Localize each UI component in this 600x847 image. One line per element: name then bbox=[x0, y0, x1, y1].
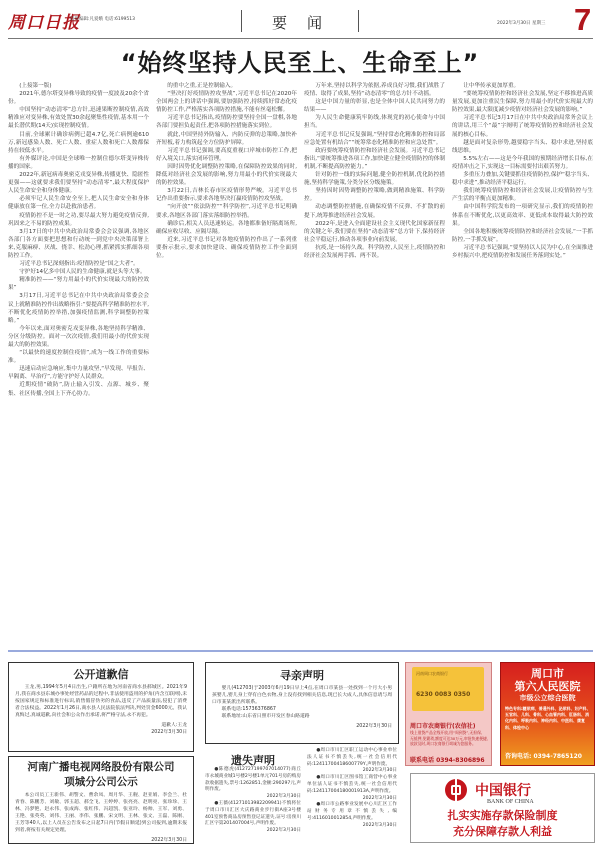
seeking-family-date: 2022年3月30日 bbox=[206, 723, 398, 730]
apology-signature: 道歉人:王龙 bbox=[9, 722, 193, 729]
lost-notice-column-1: ●陈德虎(412727199707014077)商丘市永城商业城1号楼2号楼1单… bbox=[205, 767, 301, 835]
issue-date: 2022年3月30日 星期三 bbox=[497, 20, 545, 26]
article-paragraph: 目前,全球累计确诊病例已超4.7亿,死亡病例逾610万,新冠感染人数、死亡人数、… bbox=[8, 131, 149, 155]
phone-label: 联系电话 bbox=[410, 757, 434, 764]
bank-of-china-ad: 中国银行 BANK OF CHINA 扎实实施存款保险制度 充分保障存款人利益 bbox=[410, 773, 595, 843]
phone-number: 0394-8306896 bbox=[436, 757, 484, 764]
article-headline: “始终坚持人民至上、生命至上” bbox=[0, 43, 600, 78]
phone-label: 咨询电话: bbox=[505, 753, 531, 760]
lost-notice-item: ●周口市川汇区图书馆工商营中心事业单位法人证书不慎丢失,统一社会信用代码:124… bbox=[307, 775, 397, 795]
company-date: 2022年3月30日 bbox=[9, 837, 193, 844]
seeking-family-title: 寻亲声明 bbox=[206, 667, 398, 683]
article-paragraph: 的重中之重,正是控制输入。 bbox=[156, 82, 297, 90]
article-paragraph: 习近平总书记反复强调,“坚持常态化精准防控和局部应急处置有机结合”“统筹常态化精… bbox=[304, 131, 445, 147]
phone-number: 0394-7865120 bbox=[534, 753, 582, 760]
company-title-line1: 河南广播电视网络股份有限公司 bbox=[9, 759, 193, 774]
hospital-type: 市级公立综合医院 bbox=[501, 693, 594, 703]
masthead: 周口日报 值班编辑:凡爱娥 电话:6199513 要 闻 2022年3月30日 … bbox=[0, 0, 600, 38]
article-paragraph: 3月22日,吉林长春市区疫情形势严峻。习近平总书记作出重要指示,要求各地坚决打赢… bbox=[156, 187, 297, 203]
bank-name-chinese: 中国银行 bbox=[475, 780, 531, 800]
lost-notice-item: ●周口市川汇区职工运动中心事业单位法人证书不慎丢失,统一社会信用代码:12411… bbox=[307, 748, 397, 768]
section-char-1: 要 bbox=[272, 12, 287, 33]
seeking-family-notice: 寻亲声明 婴儿(412703)于2003年6月19日早上4点,在周口市某县一处找… bbox=[205, 662, 399, 744]
hospital-phone: 咨询电话: 0394-7865120 bbox=[505, 751, 582, 760]
hospital-name: 第六人民医院 bbox=[501, 678, 594, 694]
article-paragraph: 多重压力叠加,关键要抓住疫情防控,保护“稳字当头、稳中求进”,推动经济平稳运行。 bbox=[452, 171, 593, 187]
company-title-line2: 项城分公司公示 bbox=[9, 774, 193, 789]
article-column-2: 的重中之重,正是控制输入。“坚决打好疫情防控攻坚战”,习近平总书记在2020年全… bbox=[156, 82, 297, 637]
rural-bank-ad: 河南周口农商银行 6230 0083 0350 周口市农商银行(农信社) 线上借… bbox=[405, 662, 492, 766]
article-paragraph: 习近平总书记强调,“要坚持以人民为中心,在全面推进乡村振兴中,把疫情防控和发展任… bbox=[452, 244, 593, 260]
article-paragraph: 我们统筹疫情防控和经济社会发展,让疫情防控与生产生活的平衡点更加精准。 bbox=[452, 187, 593, 203]
article-paragraph: 2022年,新冠病毒奥密克戎变异株,传播更快、隐匿性更强——这就要求我们要坚持“… bbox=[8, 171, 149, 195]
article-column-3: 万年来,坚持以科学为依据,养成良好习惯,我们战胜了疫情、取得了成果,坚持“动态清… bbox=[304, 82, 445, 637]
article-paragraph: 5.5%左右——这是今年我国的预期经济增长目标,在疫情冲击之下,实现这一目标需要… bbox=[452, 155, 593, 171]
article-paragraph: 让中华传承更加厚重。 bbox=[452, 82, 593, 90]
lost-notice-title: 遗失声明 bbox=[205, 752, 301, 768]
apology-notice: 公开道歉信 王龙,男,1994年5月4日出生,户籍所在地为河南省商水县郝城区。2… bbox=[8, 662, 194, 752]
contact-address: 联系地址:山东省日照市开发区春山路道路 bbox=[206, 713, 398, 720]
article-paragraph: “向开放”“依法防控”“科学防控”,习近平总书记明确要求,各地区各部门落实落细防… bbox=[156, 203, 297, 219]
article-paragraph: (上接第一版) bbox=[8, 82, 149, 90]
article-paragraph: 万年来,坚持以科学为依据,养成良好习惯,我们战胜了疫情、取得了成果,坚持“动态清… bbox=[304, 82, 445, 98]
bank-slogan-2: 充分保障存款人利益 bbox=[411, 823, 594, 839]
rural-bank-phone: 联系电话 0394-8306896 bbox=[410, 755, 485, 764]
lost-notice-date: 2022年3月30日 bbox=[307, 823, 397, 830]
bank-of-china-logo-icon bbox=[445, 779, 467, 801]
rural-bank-name: 周口市农商银行(农信社) bbox=[410, 721, 476, 730]
lost-notice-date: 2022年3月30日 bbox=[205, 794, 301, 801]
editor-info: 值班编辑:凡爱娥 电话:6199513 bbox=[70, 16, 135, 22]
lost-notice-item: ●陈德虎(412727199707014077)商丘市永城商业城1号楼2号楼1单… bbox=[205, 767, 301, 794]
masthead-divider bbox=[241, 10, 242, 32]
article-paragraph: 就此,中国坚持外防输入、内防反弹的总策略,加快补齐短板,着力构筑起全方位防护屏障… bbox=[156, 131, 297, 147]
lost-notice-date: 2022年3月30日 bbox=[205, 828, 301, 835]
article-paragraph: 2022年,是进入全面建设社会主义现代化国家新征程的关键之年,我们要在坚持“动态… bbox=[304, 220, 445, 244]
article-paragraph: 坚持因时因势调整防控策略,做到精准施策、科学防控。 bbox=[304, 187, 445, 203]
article-paragraph: 精准防控——“努力用最小的代价实现最大的防控效果” bbox=[8, 276, 149, 292]
card-number: 6230 0083 0350 bbox=[416, 691, 470, 698]
article-paragraph: 3月17日的中共中央政治局常委会会议强调,各地区各部门各方面要把思想和行动统一到… bbox=[8, 228, 149, 260]
article-paragraph: 中国坚持“动态清零”总方针,迅速果断控制疫情,高效精准应对变异株,有效处置30余… bbox=[8, 106, 149, 130]
apology-body: 王龙,男,1994年5月4日出生,户籍所在地为河南省商水县郝城区。2021年9月… bbox=[9, 684, 193, 719]
article-column-1: (上接第一版)2021年,德尔塔变异株导致的疫情一度波及20余个省份。中国坚持“… bbox=[8, 82, 149, 637]
article-paragraph: 政府要统筹疫情防控和经济社会发展。习近平总书记指出,“要统筹推进各项工作,加快建… bbox=[304, 147, 445, 171]
article-paragraph: “坚决打好疫情防控攻坚战”,习近平总书记在2020年全国两会上的讲话中强调,要加… bbox=[156, 90, 297, 114]
article-paragraph: 由中国科学院发布的一项研究显示,我们的疫情防控体系在不断优化,以更高效率、更低成… bbox=[452, 203, 593, 227]
section-char-2: 闻 bbox=[307, 12, 322, 33]
masthead-rule bbox=[8, 38, 593, 39]
card-bank-name: 河南周口农商银行 bbox=[416, 671, 448, 677]
hospital-departments: 特色专科:糖尿病、普通外科、泌尿科、妇产科、五官科、儿科、骨科、心血管内科、肛肠… bbox=[505, 706, 591, 731]
seeking-family-body: 婴儿(412703)于2003年6月19日早上4点,在周口市某县一处找到一个月大… bbox=[206, 685, 398, 706]
article-paragraph: 这是中国力量的彰显,也是全体中国人民共同努力的结果—— bbox=[304, 98, 445, 114]
article-paragraph: 近来,习近平总书记对各地疫情防控作出了一系列重要指示批示,要求加快建设、确保疫情… bbox=[156, 236, 297, 260]
article-paragraph: 疫情防控不是一时之功,要尽最大努力避免疫情反弹,巩固来之不易的防控成果。 bbox=[8, 212, 149, 228]
contact-phone: 联系电话:15736376867 bbox=[206, 706, 398, 713]
bank-name-english: BANK OF CHINA bbox=[487, 799, 534, 805]
article-paragraph: 习近平总书记深刻指出:疫情防控是“国之大者”。 bbox=[8, 260, 149, 268]
article-paragraph: 迅速启动应急响应,集中力量攻坚,“早发现、早报告、早隔离、早治疗”,方能守护好人… bbox=[8, 365, 149, 381]
article-paragraph: 动态调整防控措施,在确保疫情不反弹、不扩散的前提下,统筹推进经济社会发展。 bbox=[304, 203, 445, 219]
article-paragraph: 因时因势优化调整防控策略,在保障防控效果的同时,降低对经济社会发展的影响,努力用… bbox=[156, 163, 297, 187]
article-paragraph: 有外媒评论,中国是全球唯一控制住德尔塔变异株传播的国家。 bbox=[8, 155, 149, 171]
lost-notice-item: ●周口市公路事业发展中心川汇区工作站财务专用章不慎丢失,编号:411601001… bbox=[307, 802, 397, 822]
article-column-4: 让中华传承更加厚重。“要统筹疫情防控和经济社会发展,坚定不移推进高质量发展,更加… bbox=[452, 82, 593, 637]
article-paragraph: “以最快的速度控制住疫情”,成为一线工作的重要标准。 bbox=[8, 349, 149, 365]
company-body: 本公司员工王新伟、胡警文、曹余凤、周月华、王舰、赵亚娟、李会兰、杜青春、陈鹏芳、… bbox=[9, 792, 193, 834]
article-paragraph: 3月17日,习近平总书记在中共中央政治局常委会会议上就精准防控作出战略指引:“要… bbox=[8, 292, 149, 324]
page-number: 7 bbox=[574, 2, 591, 38]
article-paragraph: 守护好14亿多中国人民的生命健康,就是头等大事。 bbox=[8, 268, 149, 276]
article-paragraph: 针对防控一线的实际问题,健全防控机制,优化防控措施,坚持科学施策,分类分区分级施… bbox=[304, 171, 445, 187]
lost-notice-column-2: ●周口市川汇区职工运动中心事业单位法人证书不慎丢失,统一社会信用代码:12411… bbox=[307, 748, 397, 830]
article-paragraph: 全国各地积极统筹疫情防控和经济社会发展,“一手抓防控,一手抓发展”。 bbox=[452, 228, 593, 244]
article-paragraph: 越是面对复杂形势,越要稳字当头、稳中求进,坚持底线思维。 bbox=[452, 139, 593, 155]
company-notice: 河南广播电视网络股份有限公司 项城分公司公示 本公司员工王新伟、胡警文、曹余凤、… bbox=[8, 756, 194, 844]
apology-title: 公开道歉信 bbox=[9, 666, 193, 682]
masthead-divider bbox=[358, 10, 359, 32]
article-paragraph: 必须牢记人民生命安全至上,把人民生命安全和身体健康放在第一位,全力以赴救治患者。 bbox=[8, 195, 149, 211]
article-paragraph: 近期疫情“破防”,防止输入引发、点源、城乡、聚集、社区传播,全国上下齐心协力。 bbox=[8, 381, 149, 397]
hospital-ad: 周口市 第六人民医院 市级公立综合医院 特色专科:糖尿病、普通外科、泌尿科、妇产… bbox=[500, 662, 595, 766]
article-paragraph: 确诊后,相关人员迅速转运。各地都准备好隔离场所,确保应收尽收、应隔尽隔。 bbox=[156, 220, 297, 236]
article-paragraph: 今年以来,面对奥密克戎变异株,各地坚持科学精准、分区分级防控。面对一次次疫情,我… bbox=[8, 325, 149, 349]
article-paragraph: 为人民生命健康筑牢防线,体现党的初心使命与中国担当。 bbox=[304, 114, 445, 130]
bank-slogan-1: 扎实实施存款保险制度 bbox=[411, 807, 594, 823]
lost-notice-item: ●王薇(41271013982209941)不慎将位于周口市川汇区大庆路商业步行… bbox=[205, 801, 301, 828]
article-paragraph: 习近平总书记3月17日在中共中央政治局常务会议上的讲话,用三个“最”字阐明了统筹… bbox=[452, 114, 593, 138]
bank-card-image: 河南周口农商银行 6230 0083 0350 bbox=[412, 667, 484, 711]
apology-date: 2022年3月30日 bbox=[9, 729, 193, 736]
article-paragraph: “要统筹疫情防控和经济社会发展,坚定不移推进高质量发展,更加注重民生保障,努力用… bbox=[452, 90, 593, 114]
section-divider bbox=[8, 650, 593, 652]
article-paragraph: 抗疫,是一场持久战。科学防控,人民至上,疫情防控和经济社会发展两手抓、两不误。 bbox=[304, 244, 445, 260]
article-paragraph: 习近平总书记强调,要高度重视口岸城市防控工作,把好入境关口,落实闭环管理。 bbox=[156, 147, 297, 163]
rural-bank-desc: 线上借贷产品全线开放,用“周到贷”,无担保、无抵押,免繁琐,额度可达30万元,审… bbox=[410, 730, 488, 747]
article-paragraph: 2021年,德尔塔变异株导致的疫情一度波及20余个省份。 bbox=[8, 90, 149, 106]
article-paragraph: 习近平总书记指出,疫情防控要坚持全国一盘棋,各地各部门要担负起责任,把各项防控措… bbox=[156, 114, 297, 130]
